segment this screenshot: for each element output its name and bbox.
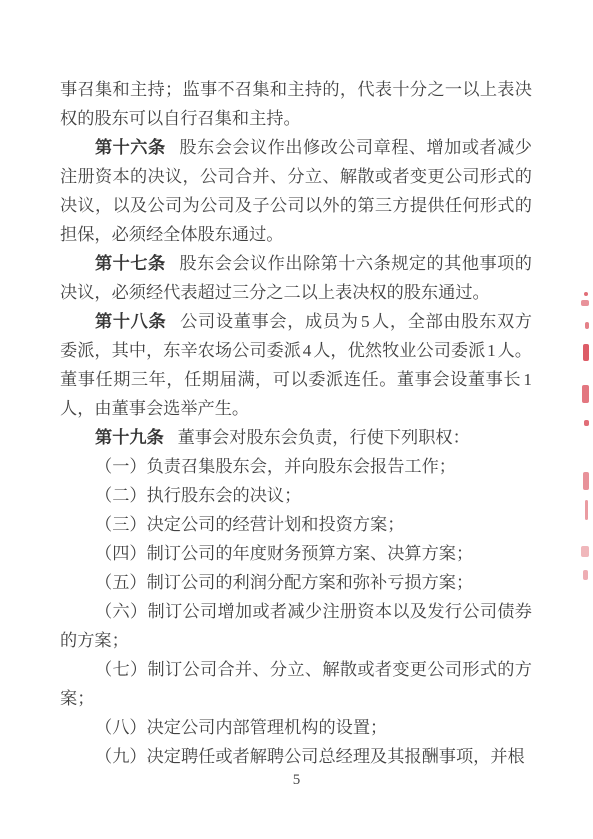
scanned-document: { "doc": { "paragraphs": [ { "body": "事召… [0, 0, 593, 839]
red-ink-edge-mark [581, 546, 589, 557]
red-ink-edge-mark [583, 570, 588, 580]
list-item: （四）制订公司的年度财务预算方案、决算方案； [60, 539, 532, 568]
list-item: （三）决定公司的经营计划和投资方案； [60, 510, 532, 539]
red-ink-edge-mark [584, 420, 589, 426]
list-item: （五）制订公司的利润分配方案和弥补亏损方案； [60, 568, 532, 597]
paragraph-text: （五）制订公司的利润分配方案和弥补亏损方案； [95, 573, 473, 592]
paragraph-text: （四）制订公司的年度财务预算方案、决算方案； [95, 544, 473, 563]
list-item: （二）执行股东会的决议； [60, 481, 532, 510]
document-page: 事召集和主持；监事不召集和主持的，代表十分之一以上表决权的股东可以自行召集和主持… [60, 75, 532, 771]
red-ink-edge-mark [585, 500, 588, 520]
paragraph: 第十七条股东会会议作出除第十六条规定的其他事项的决议，必须经代表超过三分之二以上… [60, 249, 532, 307]
red-ink-edge-mark [582, 385, 589, 403]
article-number: 第十八条 [95, 312, 166, 331]
red-ink-edge-mark [583, 472, 589, 490]
paragraph-text: （九）决定聘任或者解聘公司总经理及其报酬事项，并根 [95, 747, 525, 766]
paragraph-text: （六）制订公司增加或者减少注册资本以及发行公司债券的方案； [60, 602, 532, 650]
paragraph-text: （一）负责召集股东会，并向股东会报告工作； [95, 457, 456, 476]
red-ink-edge-mark [585, 322, 589, 329]
list-item: （一）负责召集股东会，并向股东会报告工作； [60, 452, 532, 481]
page-number: 5 [0, 772, 593, 789]
red-ink-edge-mark [584, 292, 588, 296]
list-item: （九）决定聘任或者解聘公司总经理及其报酬事项，并根 [60, 742, 532, 771]
paragraph: 第十九条董事会对股东会负责，行使下列职权： [60, 423, 532, 452]
article-number: 第十六条 [95, 138, 166, 157]
paragraph-text: 董事会对股东会负责，行使下列职权： [178, 428, 470, 447]
paragraph: 第十八条公司设董事会，成员为 5 人，全部由股东双方委派，其中，东辛农场公司委派… [60, 307, 532, 423]
article-number: 第十七条 [95, 254, 166, 273]
list-item: （六）制订公司增加或者减少注册资本以及发行公司债券的方案； [60, 597, 532, 655]
paragraph-text: （二）执行股东会的决议； [95, 486, 301, 505]
paragraph: 事召集和主持；监事不召集和主持的，代表十分之一以上表决权的股东可以自行召集和主持… [60, 75, 532, 133]
paragraph-text: （三）决定公司的经营计划和投资方案； [95, 515, 404, 534]
paragraph-text: 事召集和主持；监事不召集和主持的，代表十分之一以上表决权的股东可以自行召集和主持… [60, 80, 532, 128]
article-number: 第十九条 [95, 428, 164, 447]
paragraph-text: （七）制订公司合并、分立、解散或者变更公司形式的方案； [60, 660, 532, 708]
red-ink-edge-mark [583, 344, 589, 361]
red-ink-edge-mark [581, 300, 589, 306]
list-item: （七）制订公司合并、分立、解散或者变更公司形式的方案； [60, 655, 532, 713]
paragraph: 第十六条股东会会议作出修改公司章程、增加或者减少注册资本的决议，公司合并、分立、… [60, 133, 532, 249]
paragraph-text: （八）决定公司内部管理机构的设置； [95, 718, 387, 737]
list-item: （八）决定公司内部管理机构的设置； [60, 713, 532, 742]
